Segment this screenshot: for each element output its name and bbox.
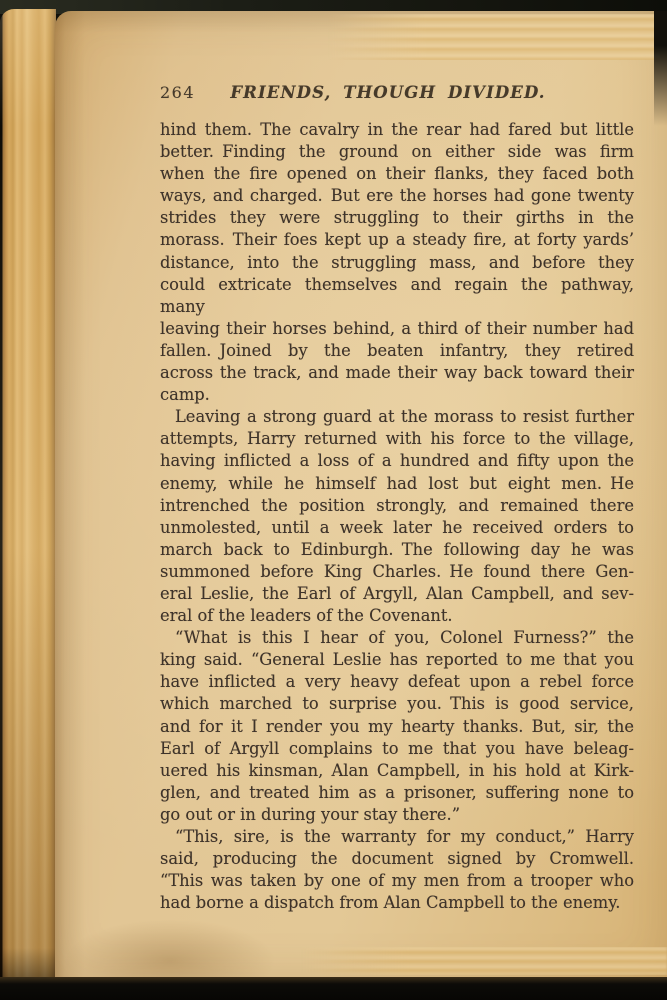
text-line: morass. Their foes kept up a steady fire… bbox=[160, 229, 634, 251]
book-bottom-dark-edge bbox=[0, 977, 667, 1000]
text-line: across the track, and made their way bac… bbox=[160, 362, 634, 384]
text-line: march back to Edinburgh. The following d… bbox=[160, 539, 634, 561]
text-line: and for it I render you my hearty thanks… bbox=[160, 716, 634, 738]
text-line: better. Finding the ground on either sid… bbox=[160, 141, 634, 163]
text-line: leaving their horses behind, a third of … bbox=[160, 318, 634, 340]
page-stack-left-edges bbox=[0, 9, 56, 987]
text-line: said, producing the document signed by C… bbox=[160, 848, 634, 870]
text-line: summoned before King Charles. He found t… bbox=[160, 561, 634, 583]
text-line: intrenched the position strongly, and re… bbox=[160, 495, 634, 517]
text-line: having inflicted a loss of a hundred and… bbox=[160, 450, 634, 472]
text-line: distance, into the struggling mass, and … bbox=[160, 252, 634, 274]
text-line: camp. bbox=[160, 384, 634, 406]
text-line: could extricate themselves and regain th… bbox=[160, 274, 634, 318]
text-line: which marched to surprise you. This is g… bbox=[160, 693, 634, 715]
text-line: go out or in during your stay there.” bbox=[160, 804, 634, 826]
text-line: “This, sire, is the warranty for my cond… bbox=[160, 826, 634, 848]
text-line: eral of the leaders of the Covenant. bbox=[160, 605, 634, 627]
text-line: had borne a dispatch from Alan Campbell … bbox=[160, 892, 634, 914]
scanned-book-photo: 264 FRIENDS, THOUGH DIVIDED. hind them. … bbox=[0, 0, 667, 1000]
text-line: eral Leslie, the Earl of Argyll, Alan Ca… bbox=[160, 583, 634, 605]
text-line: “This was taken by one of my men from a … bbox=[160, 870, 634, 892]
running-header-title: FRIENDS, THOUGH DIVIDED. bbox=[151, 83, 625, 102]
text-line: Leaving a strong guard at the morass to … bbox=[160, 406, 634, 428]
text-line: ways, and charged. But ere the horses ha… bbox=[160, 185, 634, 207]
scan-smear-bottom-right bbox=[300, 947, 667, 975]
book-page: 264 FRIENDS, THOUGH DIVIDED. hind them. … bbox=[55, 11, 667, 978]
text-line: hind them. The cavalry in the rear had f… bbox=[160, 119, 634, 141]
scan-smear-top-right bbox=[327, 14, 660, 60]
text-line: king said. “General Leslie has reported … bbox=[160, 649, 634, 671]
text-line: strides they were struggling to their gi… bbox=[160, 207, 634, 229]
text-line: glen, and treated him as a prisoner, suf… bbox=[160, 782, 634, 804]
text-line: attempts, Harry returned with his force … bbox=[160, 428, 634, 450]
text-line: Earl of Argyll complains to me that you … bbox=[160, 738, 634, 760]
text-line: when the fire opened on their flanks, th… bbox=[160, 163, 634, 185]
body-text-lines: hind them. The cavalry in the rear had f… bbox=[160, 119, 634, 914]
text-line: “What is this I hear of you, Colonel Fur… bbox=[160, 627, 634, 649]
text-line: unmolested, until a week later he receiv… bbox=[160, 517, 634, 539]
text-line: enemy, while he himself had lost but eig… bbox=[160, 473, 634, 495]
book-corner-shadow bbox=[654, 11, 667, 126]
text-line: fallen. Joined by the beaten infantry, t… bbox=[160, 340, 634, 362]
text-line: have inflicted a very heavy defeat upon … bbox=[160, 671, 634, 693]
text-line: uered his kinsman, Alan Campbell, in his… bbox=[160, 760, 634, 782]
